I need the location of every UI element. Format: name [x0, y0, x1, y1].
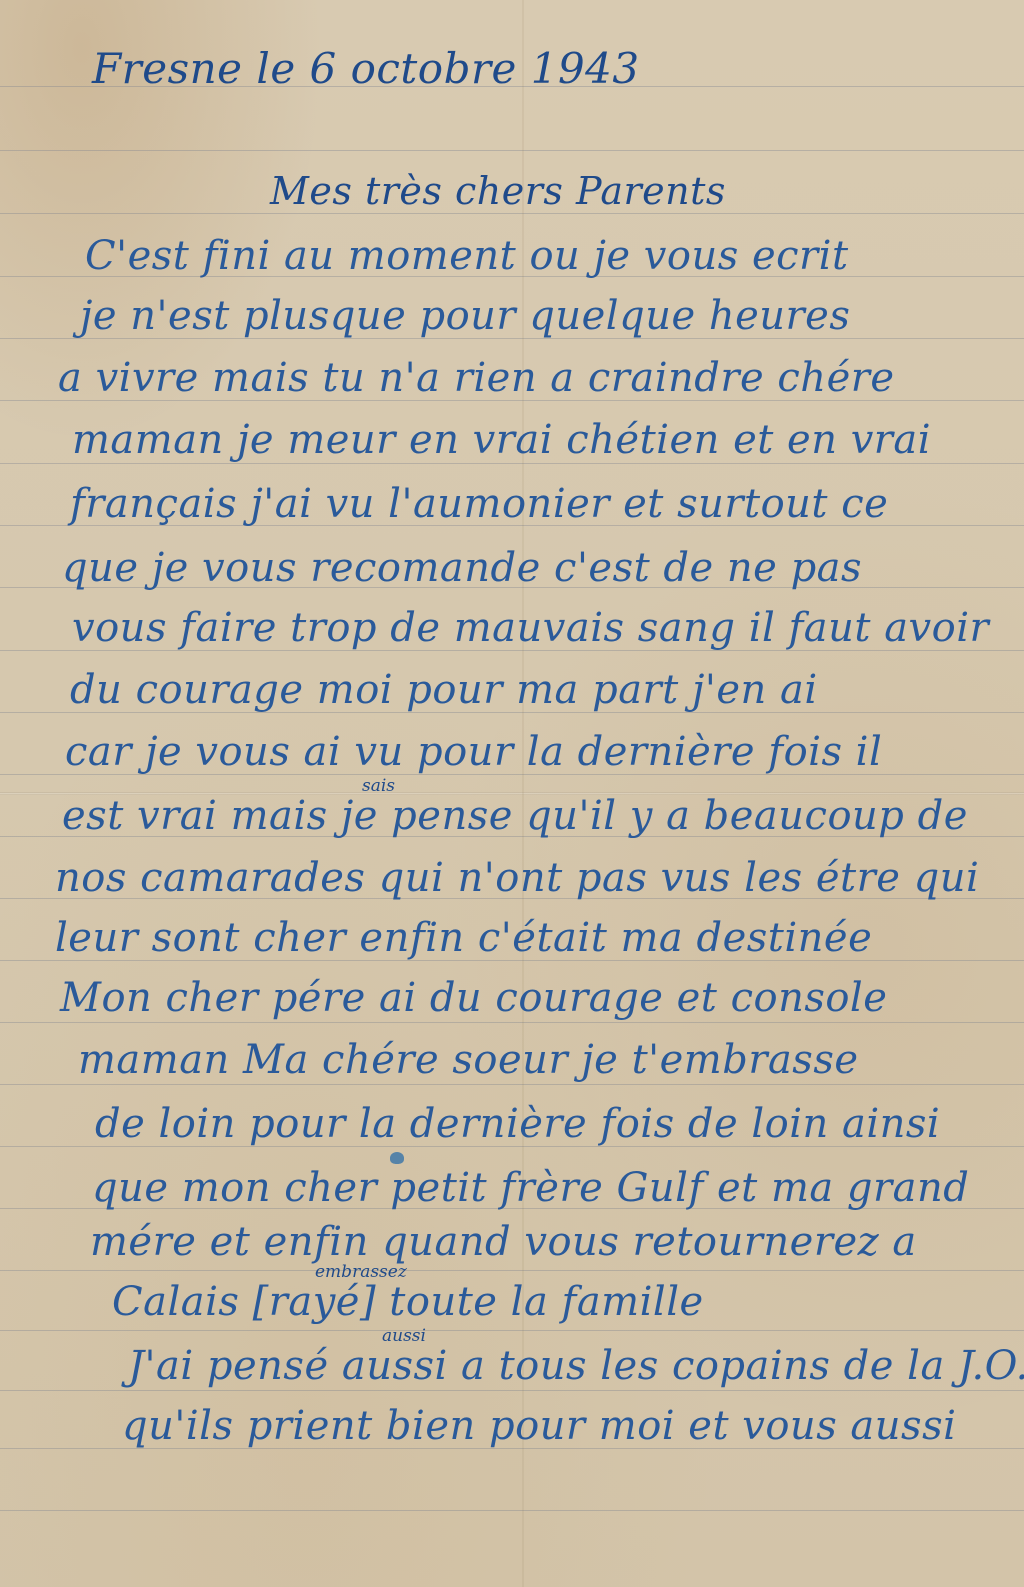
ruled-line: [0, 1270, 1024, 1271]
letter-line-10: est vrai mais je pense qu'il y a beaucou…: [62, 796, 968, 836]
letter-line-15: de loin pour la dernière fois de loin ai…: [95, 1104, 940, 1144]
letter-line-14: maman Ma chére soeur je t'embrasse: [78, 1040, 859, 1080]
letter-line-17: mére et enfin quand vous retournerez a: [90, 1222, 917, 1262]
letter-line-4: maman je meur en vrai chétien et en vrai: [72, 420, 931, 460]
ruled-line: [0, 1022, 1024, 1023]
letter-line-18: Calais [rayé] toute la famille: [112, 1282, 704, 1322]
ruled-line: [0, 1330, 1024, 1331]
letter-page: Fresne le 6 octobre 1943 Mes très chers …: [0, 0, 1024, 1587]
ruled-line: [0, 213, 1024, 214]
letter-line-8: du courage moi pour ma part j'en ai: [70, 670, 818, 710]
ink-blot: [390, 1152, 404, 1164]
ruled-line: [0, 1084, 1024, 1085]
letter-line-16: que mon cher petit frère Gulf et ma gran…: [92, 1168, 969, 1208]
place-date: Fresne le 6 octobre 1943: [92, 48, 640, 90]
letter-line-5: français j'ai vu l'aumonier et surtout c…: [70, 484, 888, 524]
salutation: Mes très chers Parents: [270, 172, 726, 210]
ruled-line: [0, 150, 1024, 151]
letter-line-9: car je vous ai vu pour la dernière fois …: [65, 732, 882, 772]
letter-line-2: je n'est plusque pour quelque heures: [80, 296, 850, 336]
ruled-line: [0, 1390, 1024, 1391]
ruled-line: [0, 463, 1024, 464]
ruled-line: [0, 1510, 1024, 1511]
letter-line-11: nos camarades qui n'ont pas vus les étre…: [55, 858, 979, 898]
letter-line-20: qu'ils prient bien pour moi et vous auss…: [122, 1406, 956, 1446]
letter-line-7: vous faire trop de mauvais sang il faut …: [72, 608, 989, 648]
letter-line-19: J'ai pensé aussi a tous les copains de l…: [128, 1346, 1024, 1386]
letter-line-6: que je vous recomande c'est de ne pas: [62, 548, 862, 588]
letter-line-12: leur sont cher enfin c'était ma destinée: [55, 918, 872, 958]
letter-line-3: a vivre mais tu n'a rien a craindre chér…: [58, 358, 895, 398]
letter-line-13: Mon cher pére ai du courage et console: [60, 978, 887, 1018]
letter-line-1: C'est fini au moment ou je vous ecrit: [85, 236, 849, 276]
